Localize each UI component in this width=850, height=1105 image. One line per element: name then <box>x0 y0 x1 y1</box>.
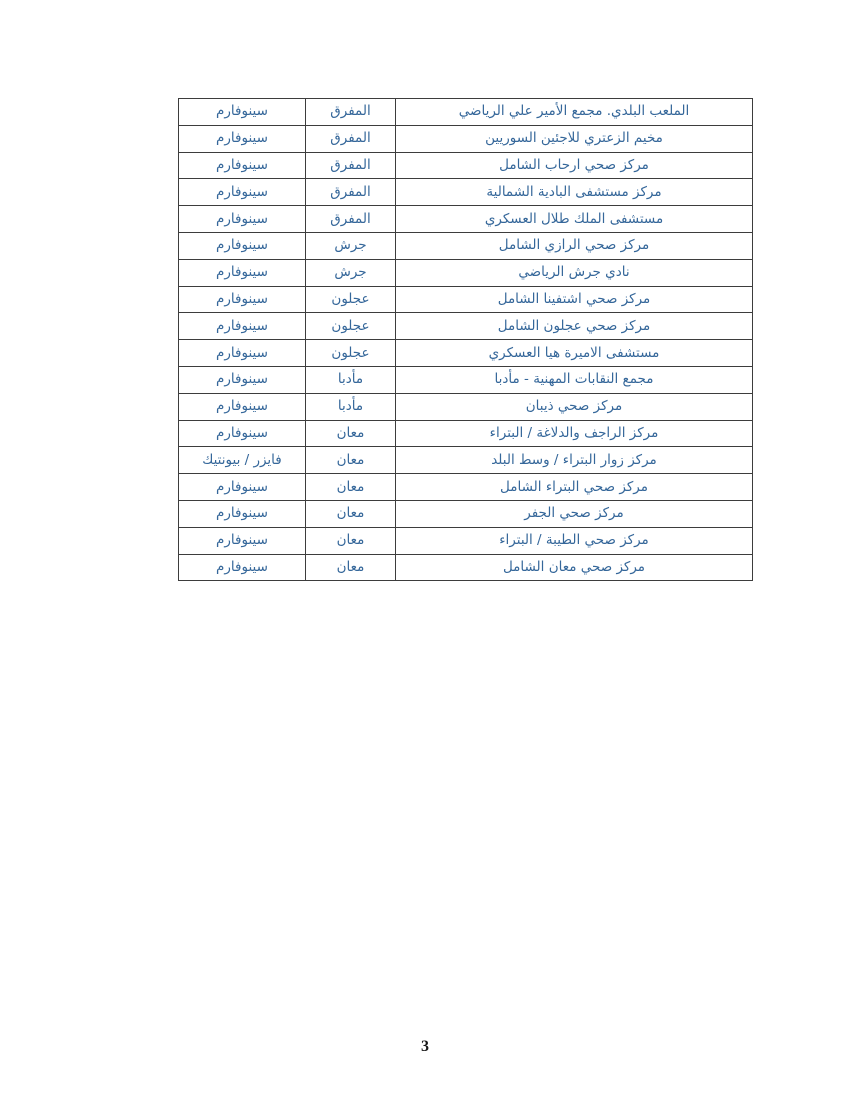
vaccine-cell: سينوفارم <box>179 340 306 367</box>
governorate-cell: المفرق <box>306 179 396 206</box>
table-row: نادي جرش الرياضي جرش سينوفارم <box>179 259 753 286</box>
site-cell: نادي جرش الرياضي <box>396 259 753 286</box>
vaccine-cell: سينوفارم <box>179 420 306 447</box>
governorate-cell: عجلون <box>306 286 396 313</box>
site-cell: مركز صحي عجلون الشامل <box>396 313 753 340</box>
vaccine-cell: سينوفارم <box>179 259 306 286</box>
table-row: مركز صحي الرازي الشامل جرش سينوفارم <box>179 232 753 259</box>
vaccine-cell: سينوفارم <box>179 527 306 554</box>
document-page: الملعب البلدي. مجمع الأمير علي الرياضي ا… <box>0 0 850 1105</box>
vaccine-cell: سينوفارم <box>179 125 306 152</box>
governorate-cell: المفرق <box>306 125 396 152</box>
table-row: مركز مستشفى البادية الشمالية المفرق سينو… <box>179 179 753 206</box>
governorate-cell: المفرق <box>306 99 396 126</box>
table-row: مركز الراجف والدلاغة / البتراء معان سينو… <box>179 420 753 447</box>
vaccine-cell: سينوفارم <box>179 99 306 126</box>
table-row: مركز صحي الطيبة / البتراء معان سينوفارم <box>179 527 753 554</box>
vaccine-cell: سينوفارم <box>179 313 306 340</box>
table-row: مركز زوار البتراء / وسط البلد معان فايزر… <box>179 447 753 474</box>
governorate-cell: معان <box>306 420 396 447</box>
table-row: مجمع النقابات المهنية - مأدبا مأدبا سينو… <box>179 366 753 393</box>
site-cell: مجمع النقابات المهنية - مأدبا <box>396 366 753 393</box>
vaccine-cell: سينوفارم <box>179 366 306 393</box>
site-cell: مركز صحي ذيبان <box>396 393 753 420</box>
vaccine-cell: سينوفارم <box>179 393 306 420</box>
table-row: مركز صحي الجفر معان سينوفارم <box>179 500 753 527</box>
governorate-cell: جرش <box>306 259 396 286</box>
vaccine-cell: سينوفارم <box>179 179 306 206</box>
table-row: مركز صحي البتراء الشامل معان سينوفارم <box>179 474 753 501</box>
site-cell: مركز صحي البتراء الشامل <box>396 474 753 501</box>
table-row: مركز صحي ذيبان مأدبا سينوفارم <box>179 393 753 420</box>
site-cell: مركز صحي معان الشامل <box>396 554 753 581</box>
governorate-cell: مأدبا <box>306 393 396 420</box>
page-number: 3 <box>0 1038 850 1056</box>
governorate-cell: المفرق <box>306 206 396 233</box>
table-row: مستشفى الاميرة هيا العسكري عجلون سينوفار… <box>179 340 753 367</box>
vaccination-centers-table: الملعب البلدي. مجمع الأمير علي الرياضي ا… <box>178 98 753 581</box>
governorate-cell: معان <box>306 474 396 501</box>
site-cell: الملعب البلدي. مجمع الأمير علي الرياضي <box>396 99 753 126</box>
site-cell: مركز مستشفى البادية الشمالية <box>396 179 753 206</box>
vaccination-table-body: الملعب البلدي. مجمع الأمير علي الرياضي ا… <box>179 99 753 581</box>
governorate-cell: عجلون <box>306 340 396 367</box>
vaccine-cell: سينوفارم <box>179 474 306 501</box>
governorate-cell: معان <box>306 500 396 527</box>
table-row: الملعب البلدي. مجمع الأمير علي الرياضي ا… <box>179 99 753 126</box>
governorate-cell: عجلون <box>306 313 396 340</box>
site-cell: مركز زوار البتراء / وسط البلد <box>396 447 753 474</box>
site-cell: مركز الراجف والدلاغة / البتراء <box>396 420 753 447</box>
site-cell: مركز صحي ارحاب الشامل <box>396 152 753 179</box>
governorate-cell: معان <box>306 554 396 581</box>
vaccine-cell: سينوفارم <box>179 152 306 179</box>
vaccine-cell: سينوفارم <box>179 286 306 313</box>
governorate-cell: جرش <box>306 232 396 259</box>
governorate-cell: معان <box>306 447 396 474</box>
vaccine-cell: سينوفارم <box>179 232 306 259</box>
vaccine-cell: سينوفارم <box>179 206 306 233</box>
vaccine-cell: سينوفارم <box>179 554 306 581</box>
site-cell: مركز صحي الرازي الشامل <box>396 232 753 259</box>
site-cell: مركز صحي الطيبة / البتراء <box>396 527 753 554</box>
governorate-cell: مأدبا <box>306 366 396 393</box>
site-cell: مركز صحي الجفر <box>396 500 753 527</box>
vaccine-cell: سينوفارم <box>179 500 306 527</box>
vaccine-cell: فايزر / بيونتيك <box>179 447 306 474</box>
governorate-cell: المفرق <box>306 152 396 179</box>
site-cell: مستشفى الاميرة هيا العسكري <box>396 340 753 367</box>
table-row: مستشفى الملك طلال العسكري المفرق سينوفار… <box>179 206 753 233</box>
table-row: مركز صحي اشتفينا الشامل عجلون سينوفارم <box>179 286 753 313</box>
table-row: مخيم الزعتري للاجئين السوريين المفرق سين… <box>179 125 753 152</box>
site-cell: مستشفى الملك طلال العسكري <box>396 206 753 233</box>
governorate-cell: معان <box>306 527 396 554</box>
table-row: مركز صحي ارحاب الشامل المفرق سينوفارم <box>179 152 753 179</box>
site-cell: مخيم الزعتري للاجئين السوريين <box>396 125 753 152</box>
table-row: مركز صحي معان الشامل معان سينوفارم <box>179 554 753 581</box>
site-cell: مركز صحي اشتفينا الشامل <box>396 286 753 313</box>
table-row: مركز صحي عجلون الشامل عجلون سينوفارم <box>179 313 753 340</box>
